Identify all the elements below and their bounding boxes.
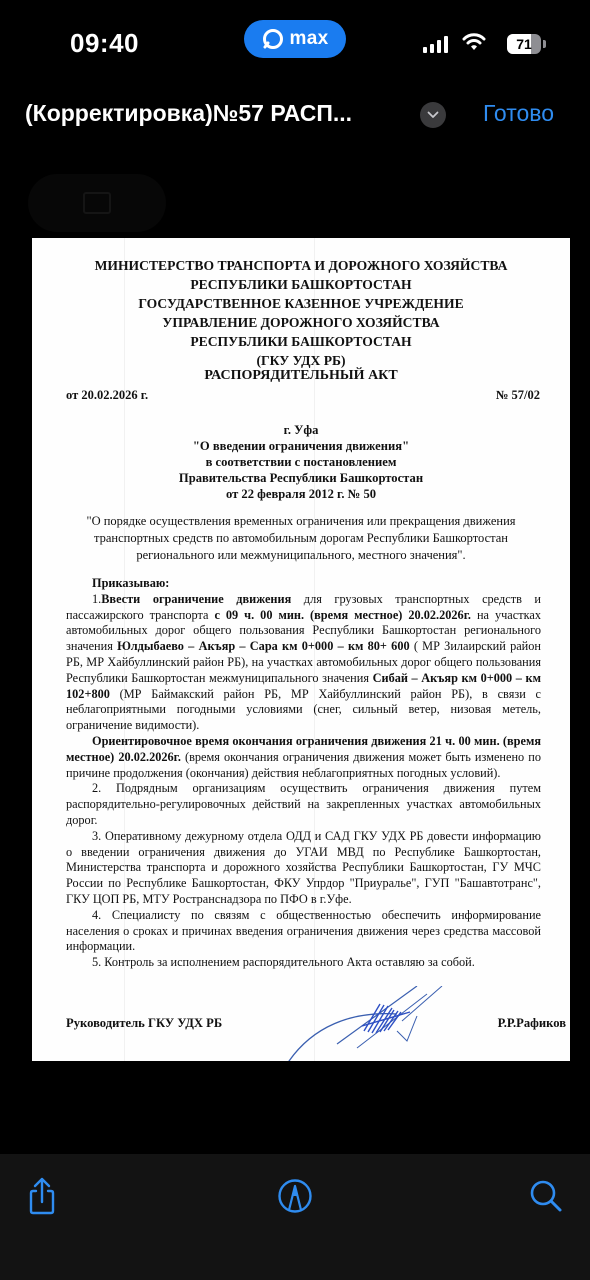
end-time-paragraph: Ориентировочное время окончания ограниче… — [66, 734, 541, 781]
order-body: Приказываю: 1.Ввести ограничение движени… — [66, 576, 541, 971]
order-item-3: 3. Оперативному дежурному отдела ОДД и С… — [66, 829, 541, 908]
act-number: № 57/02 — [496, 388, 540, 403]
subject-line: в соответствии с постановлением — [32, 454, 570, 470]
chevron-down-icon — [427, 111, 439, 119]
hidden-page-indicator — [28, 174, 166, 232]
order-item-2: 2. Подрядным организациям осуществить ог… — [66, 781, 541, 828]
order-item-4: 4. Специалисту по связям с общественност… — [66, 908, 541, 955]
signatory-name: Р.Р.Рафиков — [498, 1016, 566, 1031]
document-header: (Корректировка)№57 РАСП... Готово — [0, 90, 590, 140]
max-logo-icon — [262, 28, 284, 50]
quote-line: "О порядке осуществления временных огран… — [32, 513, 570, 530]
quote-line: транспортных средств по автомобильным до… — [32, 530, 570, 547]
order-item-1: 1.Ввести ограничение движения для грузов… — [66, 592, 541, 734]
share-icon — [20, 1174, 64, 1218]
quote-line: регионального или межмуниципального, мес… — [32, 547, 570, 564]
search-icon — [524, 1174, 568, 1218]
pages-icon — [83, 192, 111, 214]
organization-line: ГОСУДАРСТВЕННОЕ КАЗЕННОЕ УЧРЕЖДЕНИЕ — [32, 294, 570, 313]
search-button[interactable] — [524, 1174, 568, 1218]
battery-tip — [543, 40, 546, 48]
done-button[interactable]: Готово — [483, 100, 554, 127]
organization-line: МИНИСТЕРСТВО ТРАНСПОРТА И ДОРОЖНОГО ХОЗЯ… — [32, 256, 570, 275]
status-bar: 09:40 max 71 — [0, 0, 590, 80]
handwritten-signature — [282, 986, 482, 1061]
clock: 09:40 — [70, 28, 139, 59]
organization-line: РЕСПУБЛИКИ БАШКОРТОСТАН — [32, 332, 570, 351]
subject-line: г. Уфа — [32, 422, 570, 438]
act-date: от 20.02.2026 г. — [66, 388, 148, 403]
document-page[interactable]: МИНИСТЕРСТВО ТРАНСПОРТА И ДОРОЖНОГО ХОЗЯ… — [32, 238, 570, 1061]
bottom-toolbar — [0, 1154, 590, 1280]
share-button[interactable] — [20, 1174, 64, 1218]
organization-header: МИНИСТЕРСТВО ТРАНСПОРТА И ДОРОЖНОГО ХОЗЯ… — [32, 256, 570, 370]
markup-pencil-icon — [273, 1174, 317, 1218]
markup-button[interactable] — [273, 1174, 317, 1218]
island-app-label: max — [290, 28, 329, 50]
battery-level: 71 — [507, 34, 541, 54]
subject-line: от 22 февраля 2012 г. № 50 — [32, 486, 570, 502]
cellular-signal-icon — [423, 36, 448, 53]
order-item-5: 5. Контроль за исполнением распорядитель… — [66, 955, 541, 971]
regulation-quote: "О порядке осуществления временных огран… — [32, 513, 570, 564]
document-title[interactable]: (Корректировка)№57 РАСП... — [25, 100, 352, 127]
signatory-title: Руководитель ГКУ УДХ РБ — [66, 1016, 222, 1031]
wifi-icon — [462, 32, 486, 52]
organization-line: УПРАВЛЕНИЕ ДОРОЖНОГО ХОЗЯЙСТВА — [32, 313, 570, 332]
order-label: Приказываю: — [66, 576, 541, 592]
subject-block: г. Уфа"О введении ограничения движения"в… — [32, 422, 570, 502]
title-menu-button[interactable] — [420, 102, 446, 128]
subject-line: Правительства Республики Башкортостан — [32, 470, 570, 486]
dynamic-island-max[interactable]: max — [244, 20, 346, 58]
act-title: РАСПОРЯДИТЕЛЬНЫЙ АКТ — [32, 368, 570, 384]
organization-line: РЕСПУБЛИКИ БАШКОРТОСТАН — [32, 275, 570, 294]
subject-line: "О введении ограничения движения" — [32, 438, 570, 454]
battery-icon: 71 — [507, 34, 541, 54]
